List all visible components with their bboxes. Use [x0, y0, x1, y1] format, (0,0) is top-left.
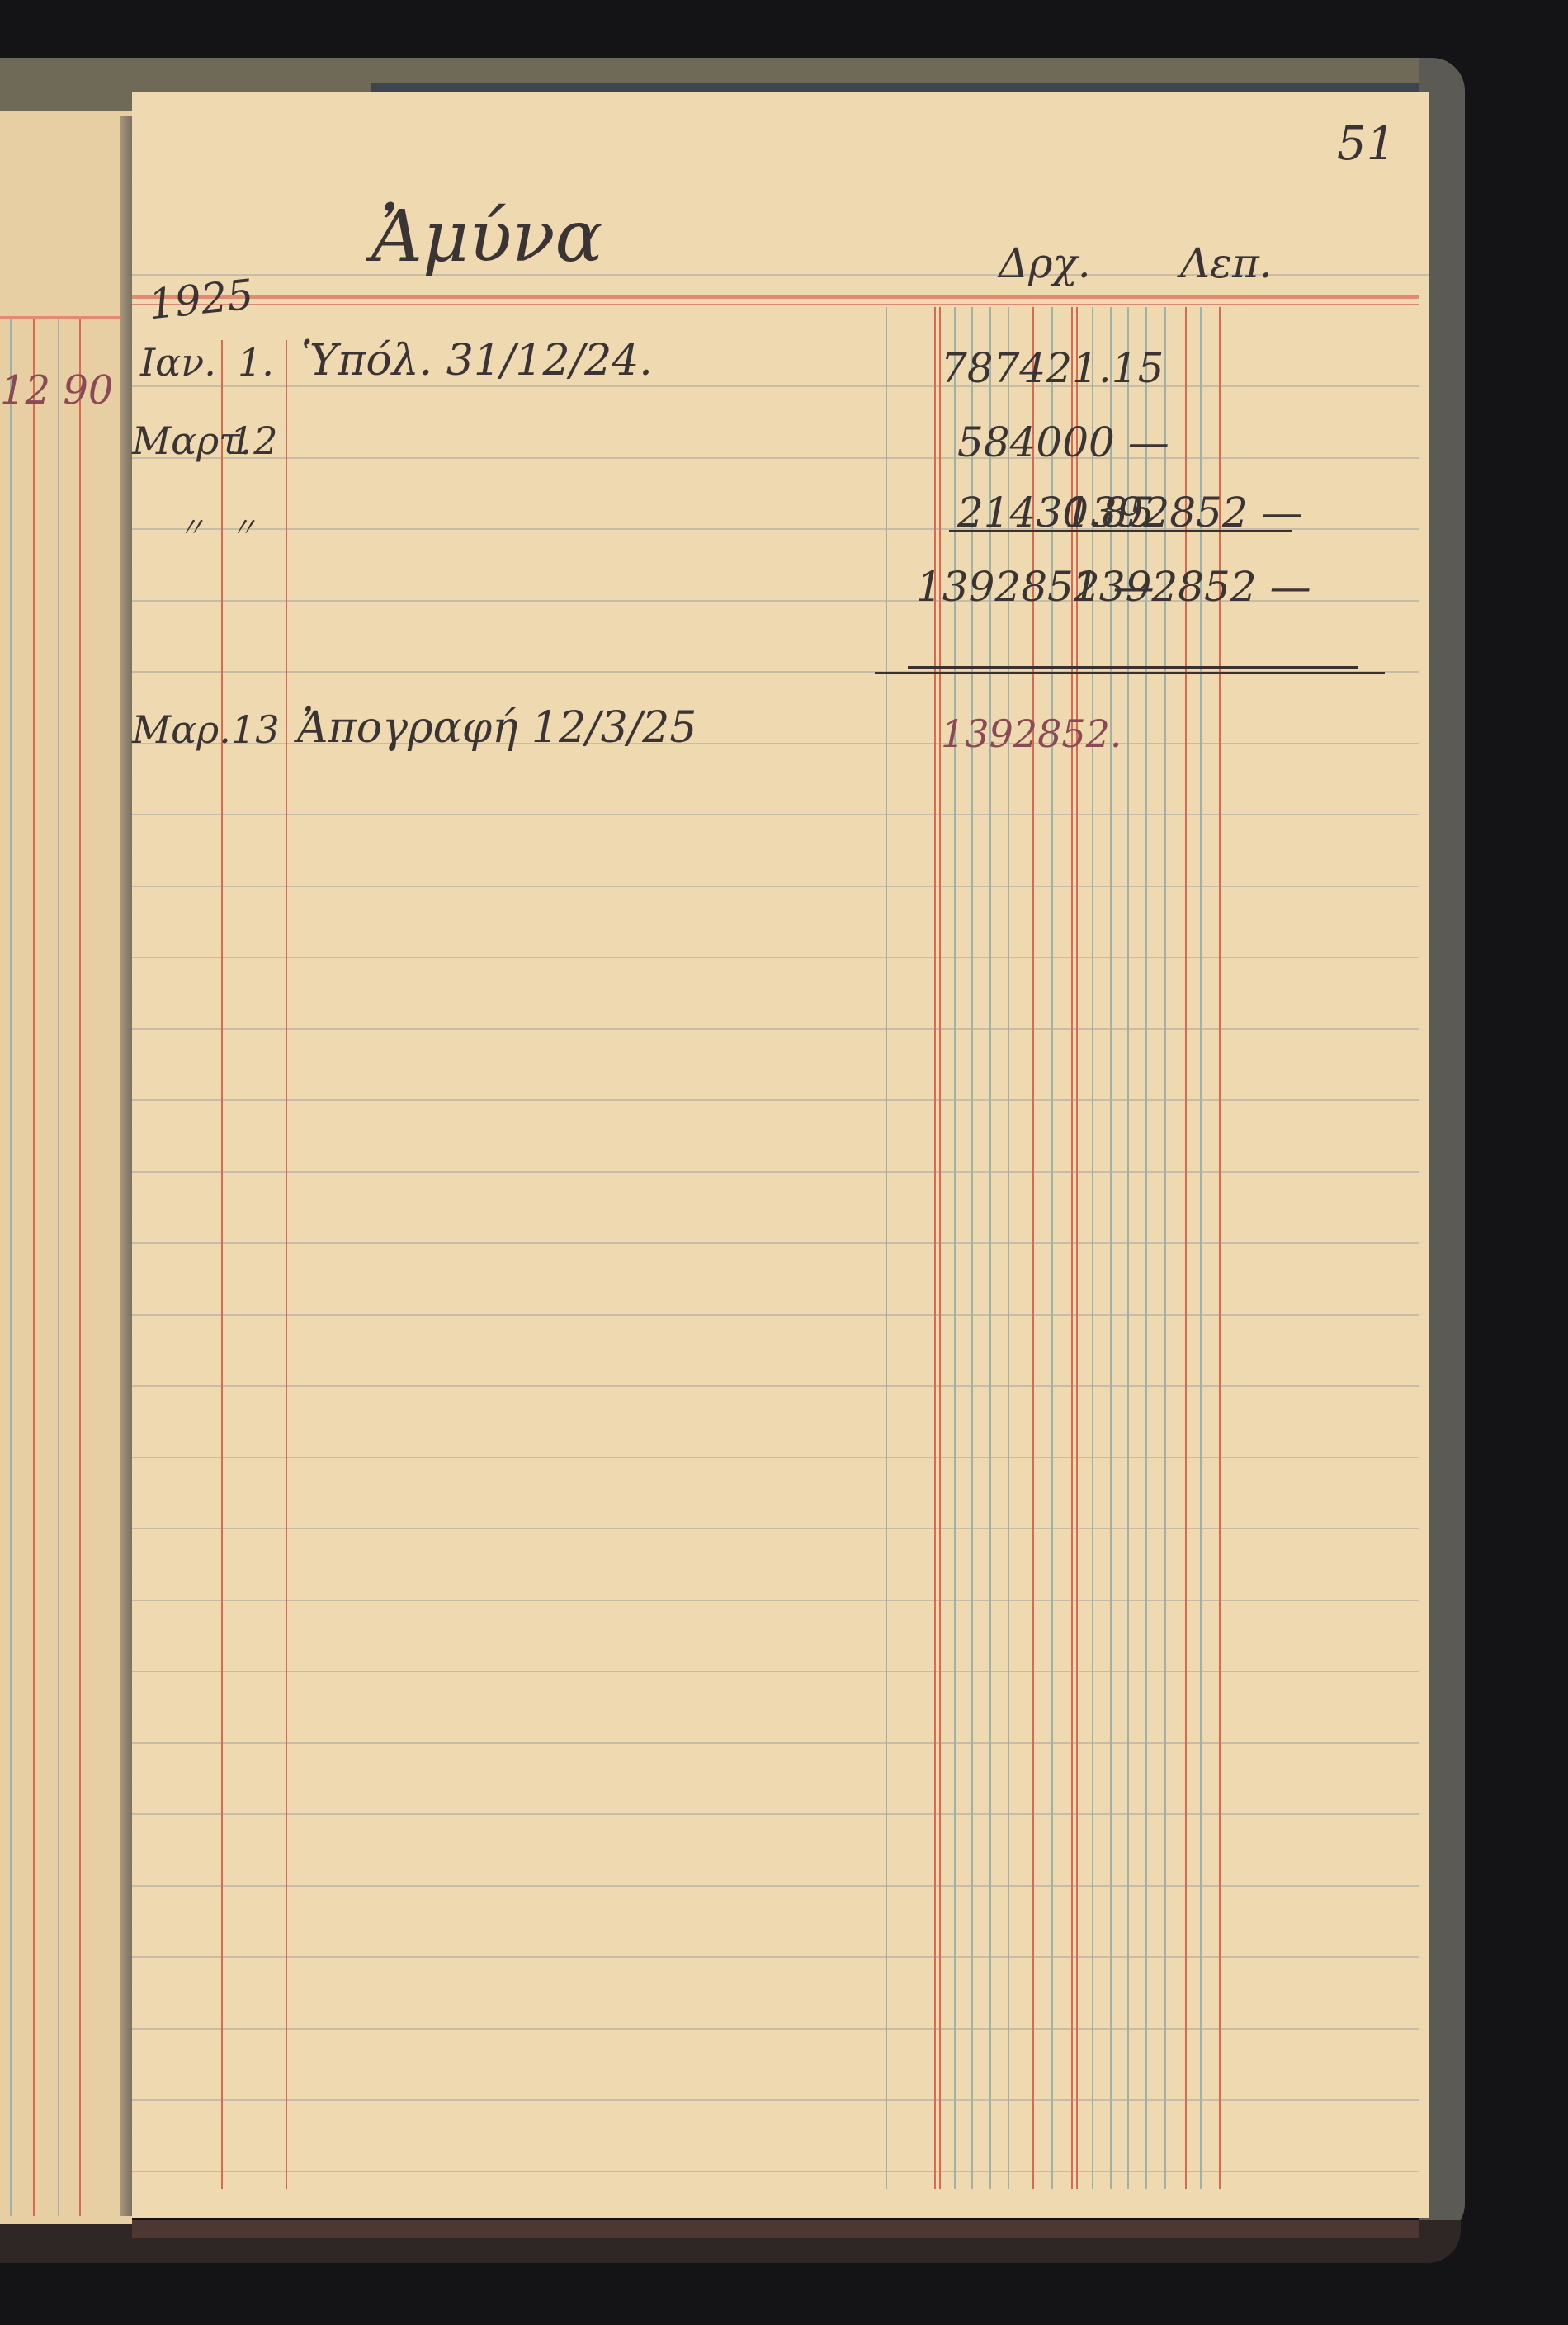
- ledger-line: [132, 1028, 1419, 1030]
- description-amount-divider: [886, 307, 887, 2189]
- ledger-line: [132, 1099, 1419, 1101]
- ledger-line: [132, 1600, 1419, 1601]
- ledger-line: [132, 1885, 1419, 1887]
- ledger-line: [132, 457, 1419, 459]
- ledger-line: [132, 2171, 1419, 2172]
- entry-day: 13: [231, 707, 280, 752]
- double-rule-bottom: [875, 672, 1385, 674]
- ledger-line: [132, 1242, 1419, 1244]
- column-header-lepta: Λεπ.: [1180, 239, 1273, 287]
- left-page-amount: 12 90: [0, 367, 113, 413]
- ledger-line: [132, 1314, 1419, 1316]
- entry-description: Ἀπογραφή 12/3/25: [297, 703, 697, 753]
- ledger-line: [132, 385, 1419, 387]
- entry-month: Ιαν.: [140, 340, 216, 385]
- ledger-line: [132, 2028, 1419, 2030]
- ledger-line: [132, 1385, 1419, 1387]
- day-description-divider: [286, 340, 287, 2189]
- carry-forward-amount: 1392852.: [941, 711, 1122, 756]
- entry-month-ditto: 〃: [177, 505, 205, 546]
- rule: [79, 318, 81, 2216]
- entry-month: Μαρ.: [132, 707, 231, 752]
- ledger-line: [132, 814, 1419, 815]
- ledger-line: [132, 1171, 1419, 1173]
- ledger-line: [132, 1671, 1419, 1672]
- left-page-strip: 12 90: [0, 111, 132, 2224]
- column-header-drachmas: Δρχ.: [999, 239, 1091, 287]
- ledger-line: [132, 1528, 1419, 1529]
- rule: [58, 318, 59, 2216]
- ledger-line: [132, 886, 1419, 887]
- ledger-line: [132, 1813, 1419, 1815]
- book-cover-bottom: [0, 2220, 1461, 2263]
- ledger-line: [132, 1457, 1419, 1458]
- entry-day: 1.: [238, 340, 274, 385]
- rule: [33, 318, 35, 2216]
- ledger-line: [132, 957, 1419, 958]
- entry-amount: 584000 —: [957, 418, 1169, 466]
- cover-edge: [132, 2220, 1419, 2238]
- double-rule-top: [908, 666, 1358, 669]
- entry-description: Ὑπόλ. 31/12/24.: [301, 336, 653, 385]
- header-red-rule: [132, 295, 1419, 299]
- entry-day: 12: [229, 418, 278, 463]
- header-red-rule-2: [132, 304, 1419, 305]
- year-label: 1925: [146, 271, 256, 329]
- ledger-line: [132, 2099, 1419, 2101]
- header-rule: [0, 316, 120, 319]
- month-day-divider: [221, 340, 223, 2189]
- ledger-line: [132, 1742, 1419, 1744]
- ledger-line: [132, 1956, 1419, 1958]
- rule: [10, 318, 12, 2216]
- page-number: 51: [1337, 117, 1396, 171]
- total-right: 1392852 —: [1073, 563, 1311, 611]
- subtotal-underline: [949, 530, 1292, 532]
- ledger-page: 51 Ἀμύνα 1925 Δρχ. Λεπ. Ιαν. 1. Ὑπόλ. 31…: [132, 92, 1429, 2218]
- account-title: Ἀμύνα: [371, 196, 603, 278]
- entry-day-ditto: 〃: [229, 505, 257, 546]
- entry-amount: 787421.15: [941, 344, 1164, 392]
